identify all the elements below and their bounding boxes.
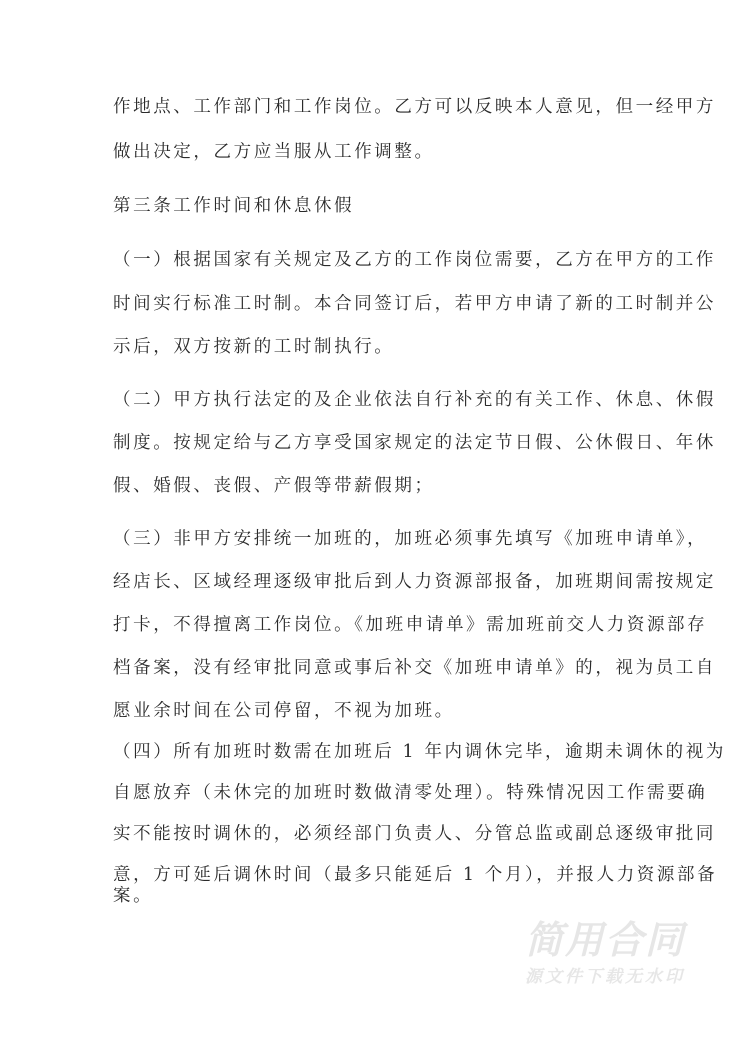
text-line: 做出决定，乙方应当服从工作调整。 bbox=[113, 140, 435, 164]
text-line: （四）所有加班时数需在加班后 1 年内调休完毕，逾期未调休的视为 bbox=[113, 740, 726, 764]
text-line: 经店长、区域经理逐级审批后到人力资源部报备，加班期间需按规定 bbox=[113, 570, 716, 594]
text-line: 案。 bbox=[113, 884, 153, 908]
text-line: 愿业余时间在公司停留，不视为加班。 bbox=[113, 699, 455, 723]
text-line: 作地点、工作部门和工作岗位。乙方可以反映本人意见，但一经甲方 bbox=[113, 95, 716, 119]
text-line: 档备案，没有经审批同意或事后补交《加班申请单》的，视为员工自 bbox=[113, 656, 716, 680]
section-heading: 第三条工作时间和休息休假 bbox=[113, 194, 354, 218]
text-line: （一）根据国家有关规定及乙方的工作岗位需要，乙方在甲方的工作 bbox=[113, 248, 716, 272]
text-line: 打卡，不得擅离工作岗位。《加班申请单》需加班前交人力资源部存 bbox=[113, 613, 707, 637]
watermark: 简用合同 源文件下载无水印 bbox=[505, 918, 705, 990]
watermark-subtitle: 源文件下载无水印 bbox=[505, 964, 705, 990]
text-line: 时间实行标准工时制。本合同签订后，若甲方申请了新的工时制并公 bbox=[113, 292, 716, 316]
text-line: 意，方可延后调休时间（最多只能延后 1 个月），并报人力资源部备 bbox=[113, 863, 717, 887]
text-line: 自愿放弃（未休完的加班时数做清零处理）。特殊情况因工作需要确 bbox=[113, 781, 707, 805]
text-line: 示后，双方按新的工时制执行。 bbox=[113, 335, 394, 359]
text-line: 假、婚假、丧假、产假等带薪假期； bbox=[113, 474, 435, 498]
text-line: 实不能按时调休的，必须经部门负责人、分管总监或副总逐级审批同 bbox=[113, 822, 716, 846]
text-line: 制度。按规定给与乙方享受国家规定的法定节日假、公休假日、年休 bbox=[113, 431, 716, 455]
text-line: （二）甲方执行法定的及企业依法自行补充的有关工作、休息、休假 bbox=[113, 388, 716, 412]
text-line: （三）非甲方安排统一加班的，加班必须事先填写《加班申请单》， bbox=[113, 527, 707, 551]
watermark-title: 简用合同 bbox=[505, 918, 705, 962]
document-page: 作地点、工作部门和工作岗位。乙方可以反映本人意见，但一经甲方 做出决定，乙方应当… bbox=[0, 0, 742, 1049]
